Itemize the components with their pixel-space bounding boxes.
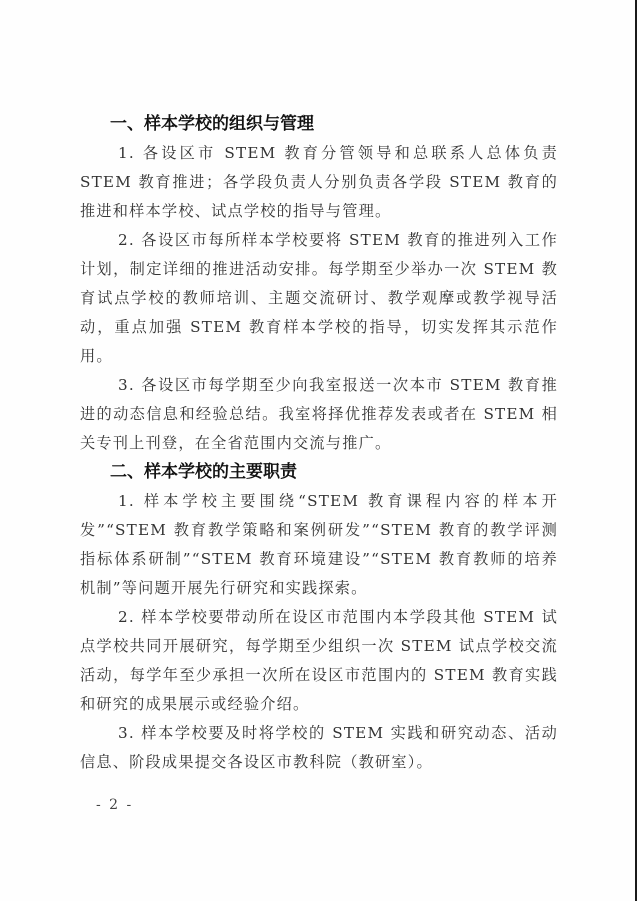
paragraph: 3. 样本学校要及时将学校的 STEM 实践和研究动态、活动信息、阶段成果提交各… [80,719,558,777]
section-heading-responsibilities: 二、样本学校的主要职责 [110,458,558,487]
paragraph: 1. 样本学校主要围绕“STEM 教育课程内容的样本开发”“STEM 教育教学策… [80,487,558,603]
page-edge-border [635,0,637,901]
document-page: 一、样本学校的组织与管理 1. 各设区市 STEM 教育分管领导和总联系人总体负… [0,0,639,901]
page-number: - 2 - [96,797,133,813]
paragraph: 3. 各设区市每学期至少向我室报送一次本市 STEM 教育推进的动态信息和经验总… [80,371,558,458]
section-heading-organization: 一、样本学校的组织与管理 [110,110,558,139]
paragraph: 2. 各设区市每所样本学校要将 STEM 教育的推进列入工作计划，制定详细的推进… [80,226,558,371]
paragraph: 2. 样本学校要带动所在设区市范围内本学段其他 STEM 试点学校共同开展研究，… [80,603,558,719]
paragraph: 1. 各设区市 STEM 教育分管领导和总联系人总体负责 STEM 教育推进；各… [80,139,558,226]
document-body: 一、样本学校的组织与管理 1. 各设区市 STEM 教育分管领导和总联系人总体负… [80,110,558,777]
